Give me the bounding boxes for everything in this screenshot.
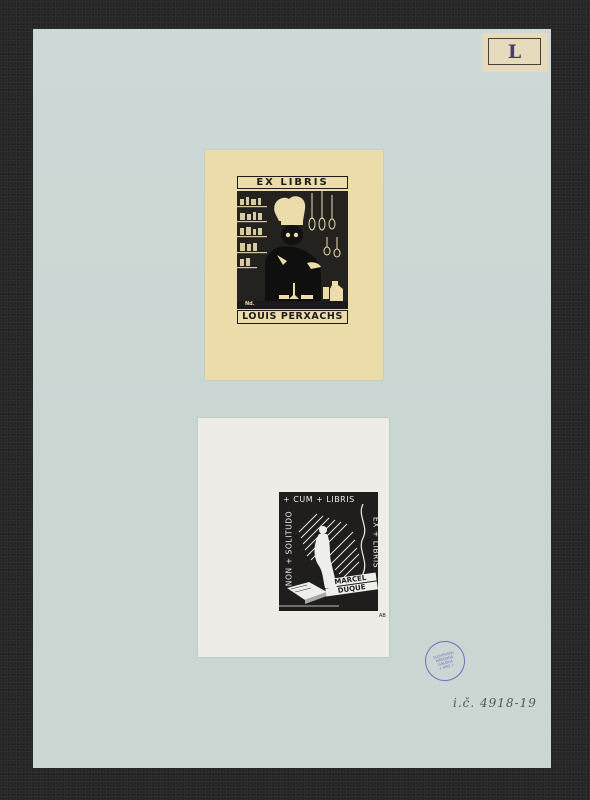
artist-monogram: Nd. [245,301,255,307]
bookplate-print: + CUM + LIBRIS NON + SOLITUDO EX + LIBRI… [279,492,378,611]
catalog-label: L [482,33,548,72]
motto-left: NON + SOLITUDO [285,504,294,594]
bookplate-illustration-chef: Nd. [237,191,348,309]
catalog-label-letter: L [488,38,541,65]
collection-stamp: SLOVENSKÁ NÁRODNÁ GALÉRIA + SNG + [421,637,470,686]
bookplate-print: EX LIBRIS [237,176,348,324]
bookplate-marcel[interactable]: + CUM + LIBRIS NON + SOLITUDO EX + LIBRI… [198,418,389,657]
bookplate-owner: LOUIS PERXACHS [237,310,348,324]
accession-number: i.č. 4918-19 [453,696,537,710]
motto-top: + CUM + LIBRIS [283,495,353,504]
artist-monogram: AB [379,613,386,619]
bookplate-perxachs[interactable]: EX LIBRIS [205,150,383,380]
bookplate-title: EX LIBRIS [237,176,348,189]
bookplate-illustration-figure: + CUM + LIBRIS NON + SOLITUDO EX + LIBRI… [279,492,378,611]
chef-illustration-icon [237,191,348,309]
mount-board: L EX LIBRIS [33,29,551,768]
